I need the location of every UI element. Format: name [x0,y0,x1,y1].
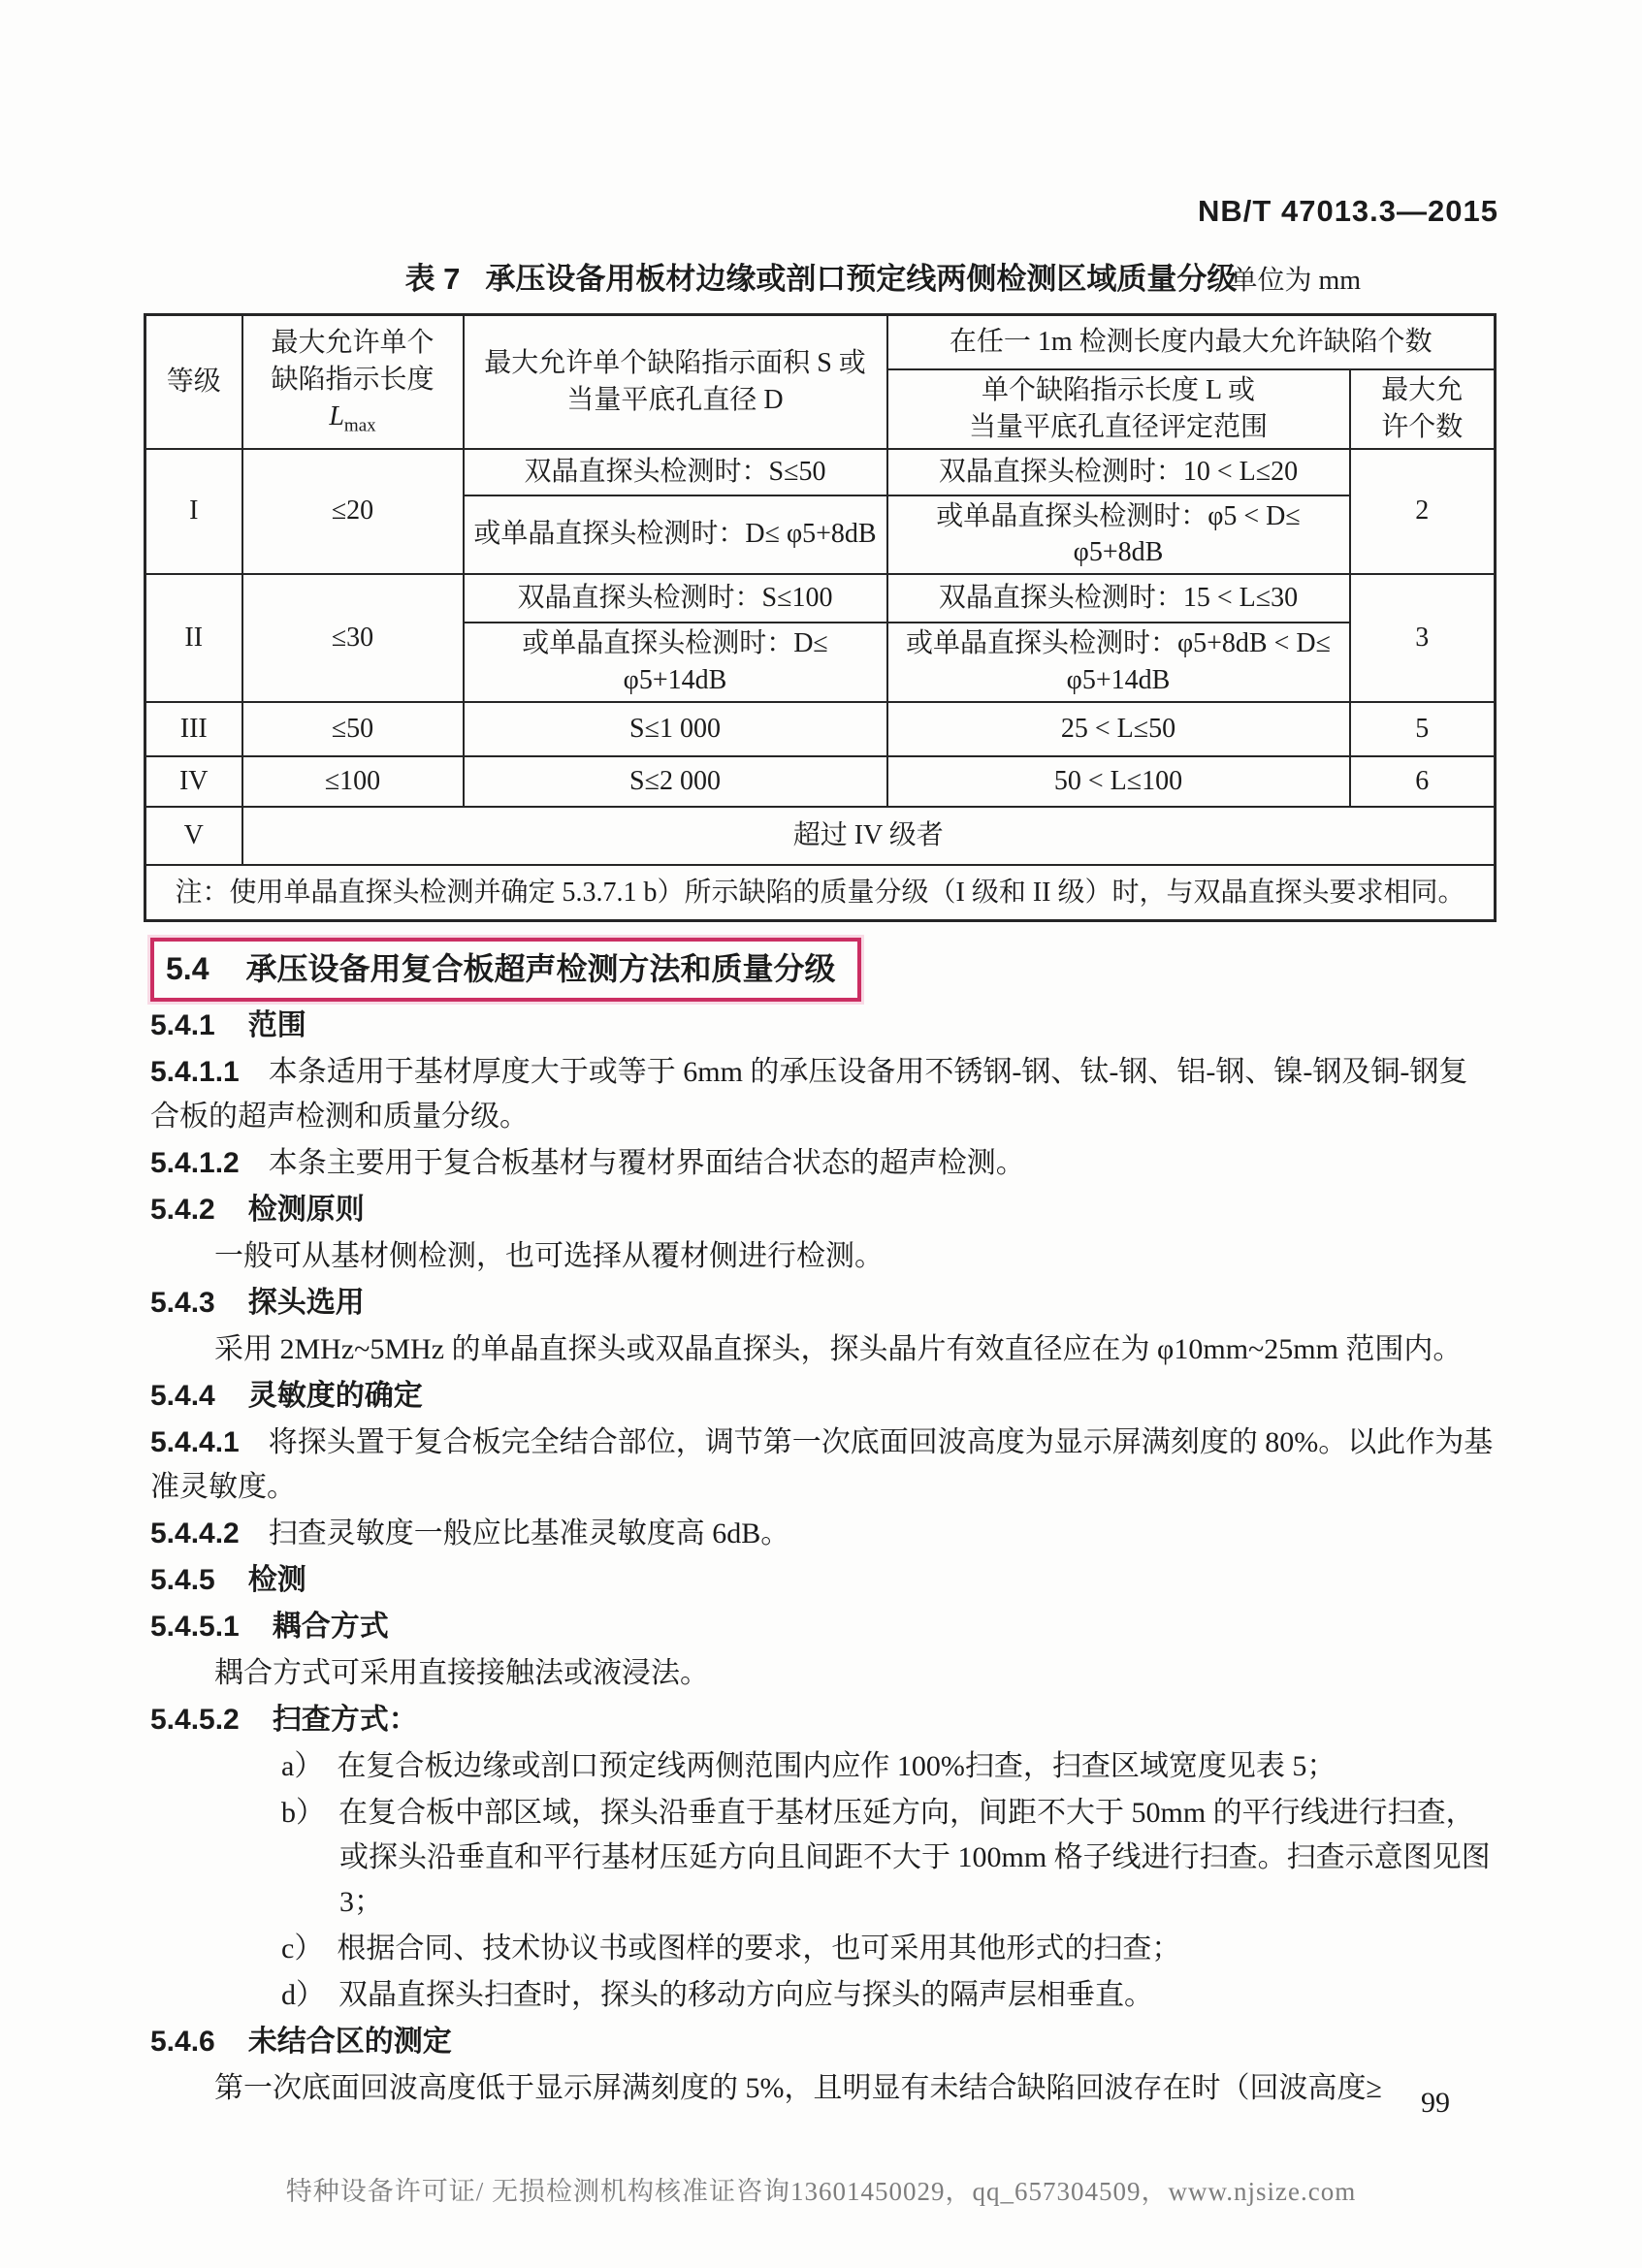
table-header-row-1: 等级 最大允许单个 缺陷指示长度 Lmax 最大允许单个缺陷指示面积 S 或 当… [145,315,1496,369]
table-row-grade-5: V 超过 IV 级者 [145,807,1496,865]
max-count-line2: 许个数 [1357,409,1489,446]
section-5-4-6-number: 5.4.6 [150,2026,215,2058]
cell-area-dual-2: 双晶直探头检测时：S≤100 [464,574,887,623]
area-header-line1: 最大允许单个缺陷指示面积 S 或 [470,345,881,382]
standard-number: NB/T 47013.3—2015 [1198,194,1498,229]
section-5-4-4-title: 灵敏度的确定 [248,1380,423,1412]
section-5-4-5-1-heading: 5.4.5.1耦合方式 [150,1605,1497,1649]
table-row-grade-4: IV ≤100 S≤2 000 50 < L≤100 6 [145,756,1496,807]
cell-count-1: 2 [1350,449,1496,575]
list-item-b: b）在复合板中部区域，探头沿垂直于基材压延方向，间距不大于 50mm 的平行线进… [150,1791,1497,1925]
cell-grade-1: I [145,449,242,575]
lmax-variable: L [329,401,344,431]
section-5-4-title: 承压设备用复合板超声检测方法和质量分级 [245,951,835,986]
area-header-line2: 当量平底孔直径 D [470,382,881,419]
clause-5-4-1-1-text: 本条适用于基材厚度大于或等于 6mm 的承压设备用不锈钢-钢、钛-钢、铝-钢、镍… [150,1056,1467,1133]
table-caption: 表 7 承压设备用板材边缘或剖口预定线两侧检测区域质量分级 单位为 mm [144,254,1498,298]
section-5-4-2-number: 5.4.2 [150,1194,215,1226]
range-header-line1: 单个缺陷指示长度 L 或 [894,372,1343,409]
clause-5-4-4-2-number: 5.4.4.2 [150,1517,240,1549]
lmax-line1: 最大允许单个 [249,325,457,362]
cell-lmax-1: ≤20 [242,449,464,575]
list-item-b-text: 在复合板中部区域，探头沿垂直于基材压延方向，间距不大于 50mm 的平行线进行扫… [338,1797,1491,1918]
section-5-4-6-title: 未结合区的测定 [248,2026,452,2058]
lmax-line2: 缺陷指示长度 [249,362,457,399]
list-item-d-text: 双晶直探头扫查时，探头的移动方向应与探头的隔声层相垂直。 [338,1979,1153,2011]
clause-5-4-1-2-text: 本条主要用于复合板基材与覆材界面结合状态的超声检测。 [269,1147,1025,1179]
table-note-row: 注：使用单晶直探头检测并确定 5.3.7.1 b）所示缺陷的质量分级（I 级和 … [145,865,1496,921]
table-row-grade-3: III ≤50 S≤1 000 25 < L≤50 5 [145,702,1496,756]
col-header-area: 最大允许单个缺陷指示面积 S 或 当量平底孔直径 D [464,315,887,449]
cell-count-3: 5 [1350,702,1496,756]
section-5-4-3-title: 探头选用 [248,1287,365,1319]
lmax-subscript: max [344,416,376,436]
list-item-d-letter: d） [281,1979,325,2011]
body-content: 5.4承压设备用复合板超声检测方法和质量分级 5.4.1范围 5.4.1.1本条… [150,922,1497,2111]
section-5-4-5-1-title: 耦合方式 [273,1611,389,1643]
section-5-4-5-heading: 5.4.5检测 [150,1558,1497,1603]
section-5-4-2-title: 检测原则 [248,1194,365,1226]
list-item-a-letter: a） [281,1750,323,1782]
cell-range-single-2: 或单晶直探头检测时：φ5+8dB < D≤ φ5+14dB [887,623,1350,702]
list-item-b-letter: b） [281,1797,325,1829]
clause-5-4-1-2-number: 5.4.1.2 [150,1147,240,1179]
col-header-max-count: 最大允 许个数 [1350,369,1496,449]
list-item-c-text: 根据合同、技术协议书或图样的要求，也可采用其他形式的扫查； [337,1933,1180,1965]
section-5-4-1-heading: 5.4.1范围 [150,1004,1497,1048]
list-item-a-text: 在复合板边缘或剖口预定线两侧范围内应作 100%扫查，扫查区域宽度见表 5； [337,1750,1336,1782]
lmax-symbol: Lmax [249,399,457,438]
table-caption-title: 承压设备用板材边缘或剖口预定线两侧检测区域质量分级 [485,254,1237,298]
cell-lmax-3: ≤50 [242,702,464,756]
list-item-c-letter: c） [281,1933,323,1965]
clause-5-4-4-1-text: 将探头置于复合板完全结合部位，调节第一次底面回波高度为显示屏满刻度的 80%。以… [150,1426,1493,1503]
table-note: 注：使用单晶直探头检测并确定 5.3.7.1 b）所示缺陷的质量分级（I 级和 … [145,865,1496,921]
section-5-4-3-heading: 5.4.3探头选用 [150,1281,1497,1326]
cell-count-2: 3 [1350,574,1496,702]
table-unit-note: 单位为 mm [1230,259,1361,298]
section-5-4-3-number: 5.4.3 [150,1287,215,1319]
cell-area-3: S≤1 000 [464,702,887,756]
paragraph-5-4-3: 采用 2MHz~5MHz 的单晶直探头或双晶直探头，探头晶片有效直径应在为 φ1… [150,1327,1497,1372]
section-5-4-1-number: 5.4.1 [150,1009,215,1041]
cell-range-dual-1: 双晶直探头检测时：10 < L≤20 [887,449,1350,495]
cell-range-3: 25 < L≤50 [887,702,1350,756]
range-header-line2: 当量平底孔直径评定范围 [894,409,1343,446]
col-header-count-group: 在任一 1m 检测长度内最大允许缺陷个数 [887,315,1496,369]
cell-area-single-2: 或单晶直探头检测时：D≤ φ5+14dB [464,623,887,702]
cell-range-dual-2: 双晶直探头检测时：15 < L≤30 [887,574,1350,623]
clause-5-4-1-1: 5.4.1.1本条适用于基材厚度大于或等于 6mm 的承压设备用不锈钢-钢、钛-… [150,1050,1497,1139]
col-header-grade: 等级 [145,315,242,449]
section-5-4-5-number: 5.4.5 [150,1564,215,1596]
paragraph-5-4-2: 一般可从基材侧检测，也可选择从覆材侧进行检测。 [150,1234,1497,1279]
section-5-4-1-title: 范围 [248,1009,306,1041]
table-caption-label: 表 7 [405,254,461,298]
section-5-4-2-heading: 5.4.2检测原则 [150,1188,1497,1232]
list-item-a: a）在复合板边缘或剖口预定线两侧范围内应作 100%扫查，扫查区域宽度见表 5； [150,1744,1497,1789]
cell-lmax-2: ≤30 [242,574,464,702]
cell-range-4: 50 < L≤100 [887,756,1350,807]
cell-grade-3: III [145,702,242,756]
clause-5-4-4-2-text: 扫查灵敏度一般应比基准灵敏度高 6dB。 [269,1517,790,1549]
table-7: 等级 最大允许单个 缺陷指示长度 Lmax 最大允许单个缺陷指示面积 S 或 当… [144,313,1497,922]
table-row-grade-2a: II ≤30 双晶直探头检测时：S≤100 双晶直探头检测时：15 < L≤30… [145,574,1496,623]
clause-5-4-1-2: 5.4.1.2本条主要用于复合板基材与覆材界面结合状态的超声检测。 [150,1141,1497,1186]
clause-5-4-4-1: 5.4.4.1将探头置于复合板完全结合部位，调节第一次底面回波高度为显示屏满刻度… [150,1421,1497,1510]
section-5-4-5-1-number: 5.4.5.1 [150,1611,240,1643]
section-5-4-4-number: 5.4.4 [150,1380,215,1412]
paragraph-5-4-5-1: 耦合方式可采用直接接触法或液浸法。 [150,1651,1497,1696]
section-5-4-5-2-title: 扫查方式： [273,1704,418,1736]
cell-area-4: S≤2 000 [464,756,887,807]
col-header-lmax: 最大允许单个 缺陷指示长度 Lmax [242,315,464,449]
cell-area-dual-1: 双晶直探头检测时：S≤50 [464,449,887,495]
watermark-text: 特种设备许可证/ 无损检测机构核准证咨询13601450029，qq_65730… [0,2170,1642,2208]
section-5-4-5-2-heading: 5.4.5.2扫查方式： [150,1698,1497,1742]
list-item-d: d）双晶直探头扫查时，探头的移动方向应与探头的隔声层相垂直。 [150,1973,1497,2018]
table-row-grade-1a: I ≤20 双晶直探头检测时：S≤50 双晶直探头检测时：10 < L≤20 2 [145,449,1496,495]
page-number: 99 [1421,2087,1450,2120]
cell-lmax-4: ≤100 [242,756,464,807]
cell-grade-5-text: 超过 IV 级者 [242,807,1496,865]
paragraph-5-4-6: 第一次底面回波高度低于显示屏满刻度的 5%，且明显有未结合缺陷回波存在时（回波高… [150,2066,1497,2111]
section-5-4-highlight-box: 5.4承压设备用复合板超声检测方法和质量分级 [150,938,861,1002]
cell-grade-5: V [145,807,242,865]
clause-5-4-4-2: 5.4.4.2扫查灵敏度一般应比基准灵敏度高 6dB。 [150,1512,1497,1556]
cell-grade-4: IV [145,756,242,807]
list-item-c: c）根据合同、技术协议书或图样的要求，也可采用其他形式的扫查； [150,1927,1497,1971]
clause-5-4-4-1-number: 5.4.4.1 [150,1426,240,1458]
section-5-4-5-title: 检测 [248,1564,306,1596]
cell-range-single-1: 或单晶直探头检测时：φ5 < D≤ φ5+8dB [887,495,1350,575]
cell-grade-2: II [145,574,242,702]
cell-count-4: 6 [1350,756,1496,807]
max-count-line1: 最大允 [1357,372,1489,409]
clause-5-4-1-1-number: 5.4.1.1 [150,1056,240,1088]
cell-area-single-1: 或单晶直探头检测时：D≤ φ5+8dB [464,495,887,575]
section-5-4-number: 5.4 [166,951,209,986]
section-5-4-6-heading: 5.4.6未结合区的测定 [150,2020,1497,2064]
document-page: NB/T 47013.3—2015 表 7 承压设备用板材边缘或剖口预定线两侧检… [0,0,1642,2268]
section-5-4-4-heading: 5.4.4灵敏度的确定 [150,1374,1497,1419]
section-5-4-5-2-number: 5.4.5.2 [150,1704,240,1736]
col-header-range: 单个缺陷指示长度 L 或 当量平底孔直径评定范围 [887,369,1350,449]
